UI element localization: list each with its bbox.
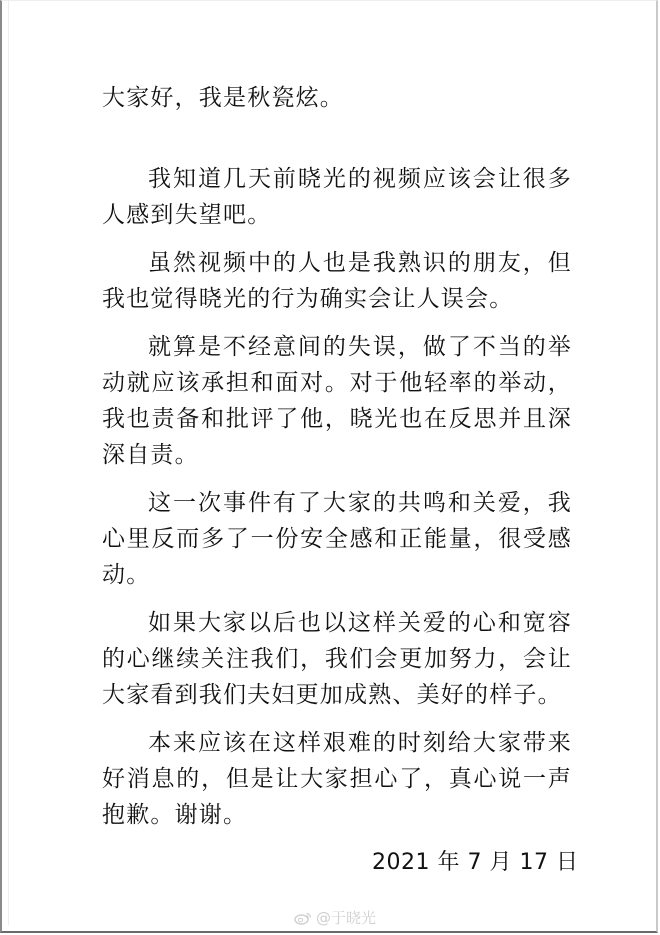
letter-paragraph-5: 如果大家以后也以这样关爱的心和宽容的心继续关注我们，我们会更加努力，会让大家看到… (102, 605, 572, 713)
letter-paragraph-2: 虽然视频中的人也是我熟识的朋友，但我也觉得晓光的行为确实会让人误会。 (102, 245, 572, 317)
letter-body: 大家好，我是秋瓷炫。 我知道几天前晓光的视频应该会让很多人感到失望吧。 虽然视频… (102, 80, 572, 845)
letter-paragraph-6: 本来应该在这样艰难的时刻给大家带来好消息的，但是让大家担心了，真心说一声抱歉。谢… (102, 725, 572, 833)
letter-greeting: 大家好，我是秋瓷炫。 (102, 80, 572, 116)
watermark-text: @于晓光 (316, 907, 376, 929)
letter-paragraph-3: 就算是不经意间的失误，做了不当的举动就应该承担和面对。对于他轻率的举动，我也责备… (102, 329, 572, 473)
page-edge (8, 1, 9, 925)
letter-paragraph-4: 这一次事件有了大家的共鸣和关爱，我心里反而多了一份安全感和正能量，很受感动。 (102, 485, 572, 593)
weibo-icon (294, 911, 312, 925)
letter-paragraph-1: 我知道几天前晓光的视频应该会让很多人感到失望吧。 (102, 161, 572, 233)
letter-date: 2021 年 7 月 17 日 (372, 846, 578, 880)
weibo-watermark: @于晓光 (294, 907, 376, 929)
document-frame: 大家好，我是秋瓷炫。 我知道几天前晓光的视频应该会让很多人感到失望吧。 虽然视频… (0, 0, 658, 933)
